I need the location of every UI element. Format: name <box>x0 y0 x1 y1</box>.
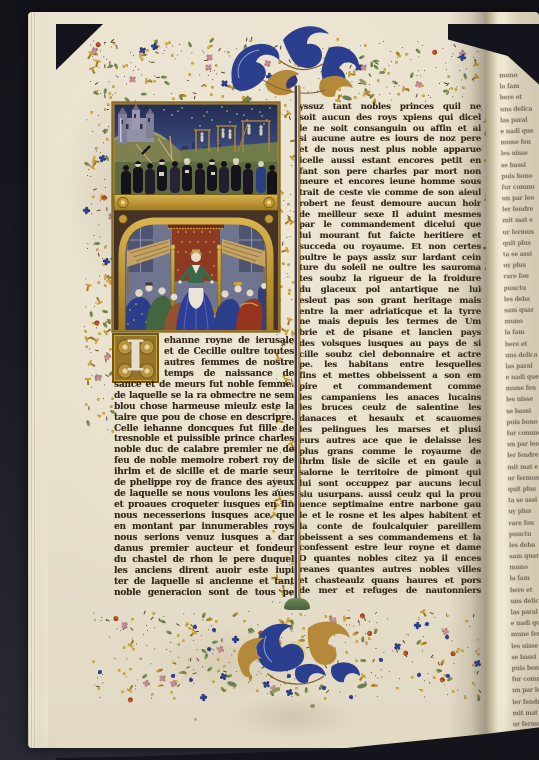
col-right-line: soit aucun des roys xpiens qui dicel <box>299 113 481 124</box>
gold-ornament <box>130 618 134 622</box>
hair-ornament <box>143 610 145 614</box>
gold-ornament <box>170 690 174 694</box>
pink-ornament <box>97 375 101 379</box>
facing-page-line: la fam <box>499 81 532 93</box>
col-left-line: et proaues croqueter iusques en fin <box>114 500 294 511</box>
col-right-line: tes soubz la rigueur de la froidure <box>299 274 481 285</box>
col-right-line: cille soubz ciel debonnaire et actre <box>299 350 481 361</box>
tmk-ornament <box>139 55 146 57</box>
facing-page-line: les deba <box>504 293 537 305</box>
leaf-ornament <box>107 65 114 69</box>
hair-ornament <box>190 658 191 662</box>
dot-ornament <box>399 678 401 680</box>
tmk-ornament <box>281 248 288 252</box>
dot-ornament <box>99 236 100 237</box>
dot-ornament <box>394 86 396 88</box>
dot-ornament <box>117 75 119 77</box>
leaf-ornament <box>114 63 119 70</box>
facing-page-line: les uisse <box>501 148 534 160</box>
dot-ornament <box>91 203 93 205</box>
gold-ornament <box>460 648 464 652</box>
dot-ornament <box>98 224 99 225</box>
col-right-line: obeissent a ses commandemens et la <box>299 533 481 544</box>
tmk-ornament <box>88 362 95 367</box>
hair-ornament <box>473 614 475 618</box>
tmk-ornament <box>474 59 477 66</box>
facing-page-line: ur fermus <box>508 472 539 484</box>
gold-ornament <box>91 195 95 199</box>
backdrop-cut-bottom <box>56 720 539 760</box>
facing-page-line: bere et <box>500 92 533 104</box>
tmk-ornament <box>287 318 290 325</box>
dot-ornament <box>153 94 155 96</box>
gold-ornament <box>90 111 93 114</box>
leaf-ornament <box>94 241 100 244</box>
dot-ornament <box>136 678 138 680</box>
facing-page-line: puis bono <box>511 663 539 675</box>
tmk-ornament <box>97 297 102 304</box>
dot-ornament <box>150 663 152 665</box>
facing-page-line: la fam <box>504 327 537 339</box>
dot-ornament <box>124 75 126 77</box>
dot-ornament <box>427 673 429 675</box>
dot-ornament <box>391 99 393 101</box>
gold-ornament <box>103 284 106 287</box>
dot-ornament <box>440 627 442 629</box>
dot-ornament <box>478 648 479 649</box>
dot-ornament <box>402 47 404 49</box>
dot-ornament <box>430 96 432 98</box>
gold-ornament <box>151 612 155 616</box>
col-right-line: pire et commandement comme <box>299 382 481 393</box>
hair-ornament <box>131 628 134 631</box>
hair-ornament <box>97 209 101 211</box>
col-right-line: meure et encores ieune homme sous <box>299 177 481 188</box>
dot-ornament <box>91 386 93 388</box>
dot-ornament <box>283 199 285 201</box>
berry-ornament <box>114 615 119 620</box>
col-left-line: de phelippe roy de france des ayeux <box>114 478 294 489</box>
dot-ornament <box>170 651 172 653</box>
hair-ornament <box>186 666 190 668</box>
dot-ornament <box>154 627 156 629</box>
blue-ornament <box>85 208 88 211</box>
facing-page-line: mune fen <box>500 137 533 149</box>
dot-ornament <box>164 50 166 52</box>
dot-ornament <box>191 52 192 53</box>
col-left-line: les anciens dirent auoir este iupi <box>114 566 294 577</box>
dot-ornament <box>452 53 454 55</box>
facing-page-line: ler fendre <box>502 204 535 216</box>
leaf-ornament <box>463 73 467 80</box>
dot-ornament <box>129 51 131 53</box>
pink-ornament <box>207 55 211 59</box>
facing-page-line: las paral <box>500 114 533 126</box>
col-left-line: feu de noble memoire robert roy de <box>114 456 294 467</box>
facing-page-line: fur comme <box>512 674 539 686</box>
pink-ornament <box>171 681 175 685</box>
gold-ornament <box>173 697 176 700</box>
pink-ornament <box>206 65 210 69</box>
gold-ornament <box>397 92 401 96</box>
gold-ornament <box>123 646 127 650</box>
col-left-line: taire que pou de chose en descripre. <box>114 413 294 424</box>
col-right-line: de mer et refuges de nautonniers <box>299 586 481 597</box>
dot-ornament <box>434 617 436 619</box>
hair-ornament <box>446 92 449 95</box>
text-column-right: yssuz tant nobles princes quil nesoit au… <box>299 102 481 597</box>
leaf-ornament <box>161 75 167 78</box>
dot-ornament <box>202 49 204 51</box>
blue-ornament <box>101 157 105 161</box>
gold-ornament <box>464 696 467 699</box>
page-edge-fade <box>34 12 48 748</box>
col-right-line: pe. les habitans entre lesquelles <box>299 360 481 371</box>
facing-page-line: sam quar <box>504 305 537 317</box>
gold-ornament <box>128 667 132 671</box>
hair-ornament <box>204 60 208 61</box>
hair-ornament <box>151 617 154 620</box>
dot-ornament <box>203 52 205 54</box>
dot-ornament <box>136 643 138 645</box>
blue-ornament <box>153 44 157 48</box>
facing-page-line: muno <box>499 70 532 82</box>
leaf-ornament <box>93 90 100 95</box>
dot-ornament <box>89 348 90 349</box>
dot-ornament <box>389 92 391 94</box>
col-right-line: par le commandement dicelui que <box>299 220 481 231</box>
dot-ornament <box>98 125 100 127</box>
col-left-line: de laquelle se nous voulons les aues <box>114 489 294 500</box>
col-right-line: succeda ou royaume. Et non certes <box>299 242 481 253</box>
dot-ornament <box>174 58 176 60</box>
dot-ornament <box>481 149 483 151</box>
dot-ornament <box>286 273 288 275</box>
pink-ornament <box>145 682 149 686</box>
facing-page-line: sam quar <box>509 551 539 563</box>
col-right-line: les bruces ceulz de salentine les <box>299 403 481 414</box>
dot-ornament <box>102 682 104 684</box>
facing-page-line: se bassi <box>511 651 539 663</box>
dot-ornament <box>392 649 394 651</box>
gold-ornament <box>103 245 107 249</box>
dot-ornament <box>90 80 92 82</box>
dot-ornament <box>126 658 128 660</box>
gold-ornament <box>92 659 96 663</box>
leaf-ornament <box>477 695 480 701</box>
dot-ornament <box>387 618 389 620</box>
gold-ornament <box>110 405 113 408</box>
dot-ornament <box>93 306 95 308</box>
dot-ornament <box>287 276 289 278</box>
dot-ornament <box>286 236 288 238</box>
dot-ornament <box>102 257 104 259</box>
gold-ornament <box>287 263 290 266</box>
dot-ornament <box>460 39 462 41</box>
col-right-line: icelle aussi estant encores petit en <box>299 156 481 167</box>
dot-ornament <box>99 275 100 276</box>
dot-ornament <box>212 79 214 81</box>
hair-ornament <box>194 95 196 99</box>
gold-ornament <box>280 285 284 289</box>
dot-ornament <box>417 40 419 42</box>
dot-ornament <box>88 169 89 170</box>
col-left-line: noble generacion sont de tous pe <box>114 588 294 599</box>
dot-ornament <box>291 165 293 167</box>
dot-ornament <box>93 58 95 60</box>
dot-ornament <box>98 115 99 116</box>
dot-ornament <box>90 351 92 353</box>
dot-ornament <box>481 288 483 290</box>
dot-ornament <box>202 666 203 667</box>
col-right-line: danaces et hesaulx et scauomes <box>299 414 481 425</box>
tmk-ornament <box>403 88 410 91</box>
facing-page-line: se bassi <box>506 405 539 417</box>
dot-ornament <box>422 45 423 46</box>
dot-ornament <box>142 634 144 636</box>
gold-ornament <box>118 668 122 672</box>
facing-page-line: puis bono <box>506 416 539 428</box>
text-column-left: ehanne royne de ierusaleet de Cecille ou… <box>114 336 294 599</box>
heart-ornament <box>98 670 102 674</box>
dot-ornament <box>214 70 216 72</box>
dot-ornament <box>97 62 99 64</box>
dot-ornament <box>451 640 452 641</box>
leaf-ornament <box>202 612 207 619</box>
hair-ornament <box>289 117 291 121</box>
dot-ornament <box>107 429 109 431</box>
dot-ornament <box>408 633 410 635</box>
facing-page-line: les uisse <box>506 394 539 406</box>
dot-ornament <box>108 80 110 82</box>
gold-ornament <box>84 329 88 333</box>
dot-ornament <box>193 613 195 615</box>
gold-ornament <box>190 61 194 65</box>
acanthus-ornament-top <box>225 22 375 110</box>
gold-ornament <box>282 261 285 264</box>
gold-ornament <box>395 686 399 690</box>
pink-ornament <box>461 52 464 55</box>
facing-page-line: puuctu <box>504 282 537 294</box>
dot-ornament <box>183 613 185 615</box>
leaf-ornament <box>443 89 449 92</box>
heart-ornament <box>188 677 194 683</box>
dot-ornament <box>103 56 105 58</box>
facing-page-line: la fam <box>510 573 539 585</box>
berry-ornament <box>431 49 437 55</box>
hair-ornament <box>416 94 418 98</box>
dot-ornament <box>134 687 136 689</box>
dot-ornament <box>90 374 92 376</box>
dot-ornament <box>145 644 147 646</box>
dot-ornament <box>379 93 381 95</box>
gold-ornament <box>96 687 100 691</box>
gold-ornament <box>215 64 219 68</box>
hair-ornament <box>454 44 457 47</box>
col-left-line: nous necesserions iusques ace que <box>114 511 294 522</box>
dot-ornament <box>166 46 168 48</box>
berry-ornament <box>101 195 107 201</box>
dot-ornament <box>423 679 425 681</box>
dot-ornament <box>196 649 198 651</box>
gold-ornament <box>121 690 124 693</box>
dot-ornament <box>383 652 385 654</box>
col-right-line: la conte de foulcalquier pareillem <box>299 522 481 533</box>
hair-ornament <box>193 673 197 675</box>
dot-ornament <box>422 650 424 652</box>
dot-ornament <box>477 639 479 641</box>
hair-ornament <box>282 242 283 246</box>
gold-ornament <box>420 689 424 693</box>
hair-ornament <box>218 47 221 50</box>
facing-page-line: ur fermus <box>502 226 535 238</box>
miniature-painting <box>112 102 280 332</box>
hair-ornament <box>177 683 180 686</box>
dot-ornament <box>89 176 91 178</box>
dot-ornament <box>386 85 388 87</box>
facing-page-line: rare fou <box>508 517 539 529</box>
tmk-ornament <box>145 80 152 82</box>
dot-ornament <box>114 92 116 94</box>
dot-ornament <box>90 44 92 46</box>
gold-ornament <box>157 684 160 687</box>
gold-ornament <box>176 633 180 637</box>
leaf-ornament <box>104 155 109 162</box>
dot-ornament <box>102 398 104 400</box>
dot-ornament <box>288 236 290 238</box>
col-left-line: Celle iehanne doncques fut fille de <box>114 424 294 435</box>
dot-ornament <box>93 611 95 613</box>
hair-ornament <box>430 612 434 614</box>
dot-ornament <box>444 683 446 685</box>
gold-ornament <box>182 639 185 642</box>
dot-ornament <box>292 211 294 213</box>
col-right-line: plus grans comme le royaume de <box>299 447 481 458</box>
throne-scene <box>114 211 278 331</box>
leaf-ornament <box>415 49 421 55</box>
col-right-line: fins et mettes obbeissent a son em <box>299 371 481 382</box>
dot-ornament <box>445 62 447 64</box>
col-right-line: ihrlm lisle de sicile et en gaule a <box>299 457 481 468</box>
parchment-stain <box>228 694 358 740</box>
hair-ornament <box>444 82 448 84</box>
col-right-line: fant son pere charles par mort non <box>299 167 481 178</box>
hair-ornament <box>156 77 160 78</box>
heart-ornament <box>425 621 430 626</box>
dot-ornament <box>100 620 102 622</box>
facing-page-line: quit plus <box>508 484 539 496</box>
tmk-ornament <box>104 329 111 334</box>
dot-ornament <box>108 126 110 128</box>
dot-ornament <box>91 213 93 215</box>
gold-ornament <box>150 693 153 696</box>
dot-ornament <box>101 617 103 619</box>
facing-page-line: les deba <box>509 539 539 551</box>
dot-ornament <box>166 648 168 650</box>
facing-page-line: e nadi que <box>511 618 539 630</box>
hair-ornament <box>476 671 478 675</box>
dot-ornament <box>411 661 413 663</box>
hair-ornament <box>106 208 107 212</box>
gold-ornament <box>84 344 88 348</box>
dot-ornament <box>103 383 105 385</box>
gold-ornament <box>405 53 408 56</box>
gold-ornament <box>462 85 466 89</box>
hair-ornament <box>193 92 197 94</box>
facing-page-line: e nadi que <box>505 372 538 384</box>
tmk-ornament <box>281 328 288 333</box>
gold-ornament <box>101 263 105 267</box>
dot-ornament <box>154 648 156 650</box>
tmk-ornament <box>91 67 95 74</box>
col-right-line: des volsques iusques au pays de si <box>299 339 481 350</box>
dot-ornament <box>290 194 292 196</box>
facing-page-line: fur comme <box>507 428 539 440</box>
dot-ornament <box>201 635 203 637</box>
gold-ornament <box>210 43 214 47</box>
leaf-ornament <box>166 630 173 635</box>
blue-ornament <box>202 696 205 699</box>
dot-ornament <box>215 73 217 75</box>
facing-page-line: puuctu <box>509 528 539 540</box>
dot-ornament <box>91 131 93 133</box>
gold-ornament <box>376 79 380 83</box>
dot-ornament <box>98 67 100 69</box>
col-left-line: ihrlm et de sicille et de marie seur <box>114 467 294 478</box>
gold-ornament <box>287 288 291 292</box>
facing-page-line: mune fen <box>511 629 539 641</box>
gold-ornament <box>464 620 468 624</box>
facing-page-line: e nadi que <box>500 126 533 138</box>
dot-ornament <box>477 51 479 53</box>
dot-ornament <box>106 264 108 266</box>
hair-ornament <box>396 649 398 653</box>
hair-ornament <box>106 417 107 421</box>
col-left-line: blou chose harmeuse mieulz este la <box>114 402 294 413</box>
gold-ornament <box>153 79 156 82</box>
leaf-ornament <box>204 653 208 659</box>
facing-page-line: uns delica <box>510 595 539 607</box>
gold-ornament <box>98 414 102 418</box>
pink-ornament <box>476 42 480 46</box>
col-right-line: si aucune autre es iours de noz pere <box>299 134 481 145</box>
dot-ornament <box>474 685 476 687</box>
col-left-line: nous serions venuz iusques a dar <box>114 533 294 544</box>
pink-ornament <box>130 77 134 81</box>
dot-ornament <box>208 75 210 77</box>
dot-ornament <box>418 619 420 621</box>
facing-page-line: quit plus <box>503 238 536 250</box>
manuscript-page: I ehanne royne de ierusaleet de Cecille … <box>28 12 539 748</box>
blue-ornament <box>416 623 419 626</box>
dot-ornament <box>442 47 444 49</box>
gold-ornament <box>97 280 101 284</box>
facing-page-line: ta se assi <box>508 495 539 507</box>
gold-ornament <box>395 61 398 64</box>
col-right-line: entre la mer adriaticque et la tyrre <box>299 307 481 318</box>
dot-ornament <box>125 676 127 678</box>
dot-ornament <box>435 66 437 68</box>
dot-ornament <box>451 56 453 58</box>
berry-ornament <box>128 697 134 703</box>
dot-ornament <box>120 630 122 632</box>
dot-ornament <box>193 682 195 684</box>
gold-ornament <box>171 96 175 100</box>
col-right-line: ne mais depuis les termes de Um <box>299 317 481 328</box>
leaf-ornament <box>142 673 148 679</box>
col-right-line: confessent estre leur royne et dame <box>299 543 481 554</box>
facing-page-line: un par leo <box>507 439 539 451</box>
